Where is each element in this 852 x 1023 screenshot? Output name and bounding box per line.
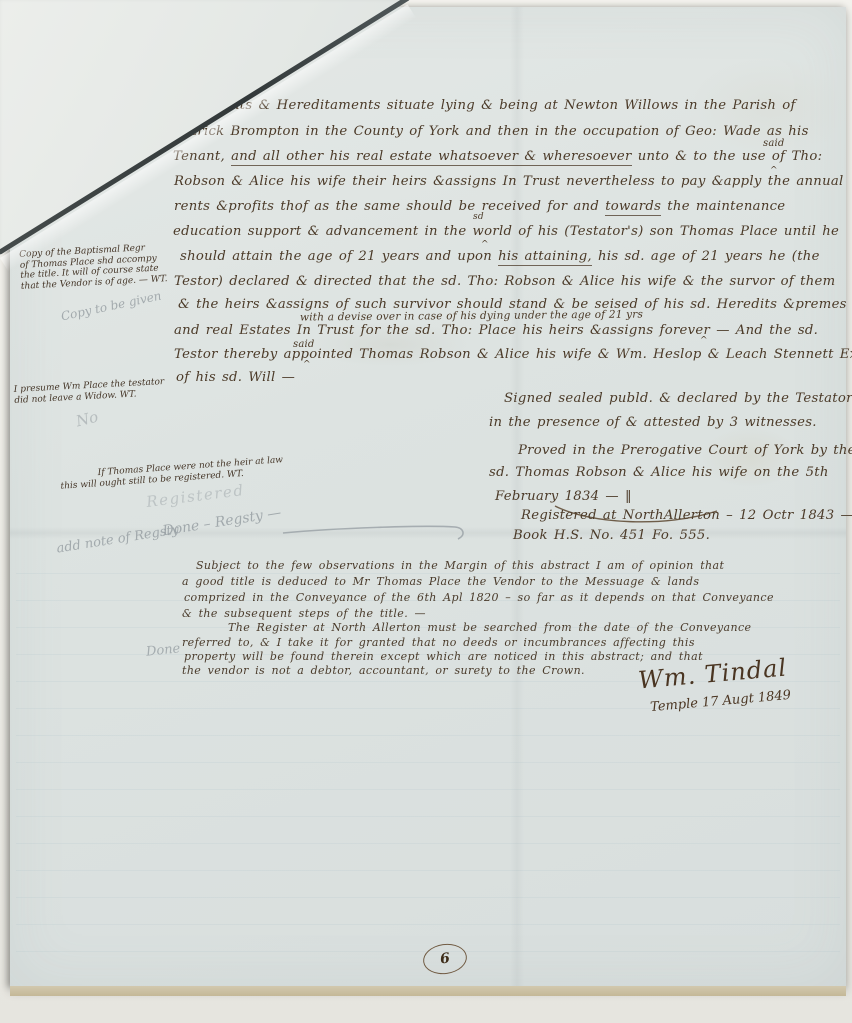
- body-line-3-post: unto & to the use of Tho:: [632, 149, 823, 164]
- attestation-line: sd. Thomas Robson & Alice his wife on th…: [489, 465, 829, 480]
- page-number: 6: [439, 950, 451, 967]
- opinion-line: & the subsequent steps of the title. —: [182, 607, 426, 620]
- caret-mark: ^: [700, 336, 708, 346]
- body-line-5-pre: rents &profits thof as the same should b…: [174, 199, 605, 214]
- body-line-11-pre: Testor thereby appointed: [174, 347, 353, 362]
- body-line-7-underlined: his attaining,: [498, 249, 592, 266]
- paper-deckle-edge: [10, 986, 846, 996]
- attestation-line: in the presence of & attested by 3 witne…: [489, 415, 817, 430]
- opinion-line: a good title is deduced to Mr Thomas Pla…: [182, 575, 699, 588]
- pencil-stroke: [275, 518, 475, 546]
- body-line-5-post: the maintenance: [661, 199, 785, 214]
- registration-line: Book H.S. No. 451 Fo. 555.: [513, 528, 710, 543]
- opinion-line: Subject to the few observations in the M…: [196, 559, 724, 572]
- opinion-line: referred to, & I take it for granted tha…: [182, 636, 695, 649]
- opinion-line: property will be found therein except wh…: [184, 650, 703, 663]
- body-line-7: should attain the age of 21 years and up…: [180, 249, 820, 264]
- body-line-12: of his sd. Will —: [176, 370, 295, 385]
- body-line-6-post: son Thomas Place until he: [644, 224, 840, 239]
- body-line-11-post: Thomas Robson & Alice his wife & Wm. Hes…: [353, 347, 852, 362]
- opinion-line: The Register at North Allerton must be s…: [228, 621, 751, 634]
- photo-backdrop: Tenements & Hereditaments situate lying …: [0, 0, 852, 1023]
- body-line-6: education support & advancement in the w…: [173, 224, 839, 239]
- body-line-3-underlined: and all other his real estate whatsoever…: [231, 149, 632, 166]
- attestation-line: Signed sealed publd. & declared by the T…: [504, 391, 852, 406]
- interlined-said-1: said: [763, 138, 785, 149]
- body-line-7-pre: should attain the age of 21 years and up…: [180, 249, 498, 264]
- body-line-3: Tenant, and all other his real estate wh…: [173, 149, 822, 164]
- registration-line: Registered at NorthAllerton – 12 Octr 18…: [521, 508, 852, 523]
- ruled-lines: [16, 547, 840, 967]
- body-line-2: Patrick Brompton in the County of York a…: [175, 124, 809, 139]
- attestation-line: Proved in the Prerogative Court of York …: [518, 443, 852, 458]
- body-line-6-pre: education support & advancement in the w…: [173, 224, 644, 239]
- body-line-10: and real Estates In Trust for the sd. Th…: [174, 323, 818, 338]
- body-line-5-underlined: towards: [605, 199, 661, 216]
- body-line-8: Testor) declared & directed that the sd.…: [174, 274, 835, 289]
- body-line-11: Testor thereby appointed Thomas Robson &…: [174, 347, 852, 362]
- opinion-line: comprized in the Conveyance of the 6th A…: [184, 591, 774, 604]
- interlined-sd: sd: [473, 212, 484, 222]
- body-line-4: Robson & Alice his wife their heirs &ass…: [174, 174, 844, 189]
- body-line-7-post: his sd. age of 21 years he (the: [592, 249, 820, 264]
- opinion-line: the vendor is not a debtor, accountant, …: [182, 664, 585, 677]
- caret-mark: ^: [303, 360, 311, 370]
